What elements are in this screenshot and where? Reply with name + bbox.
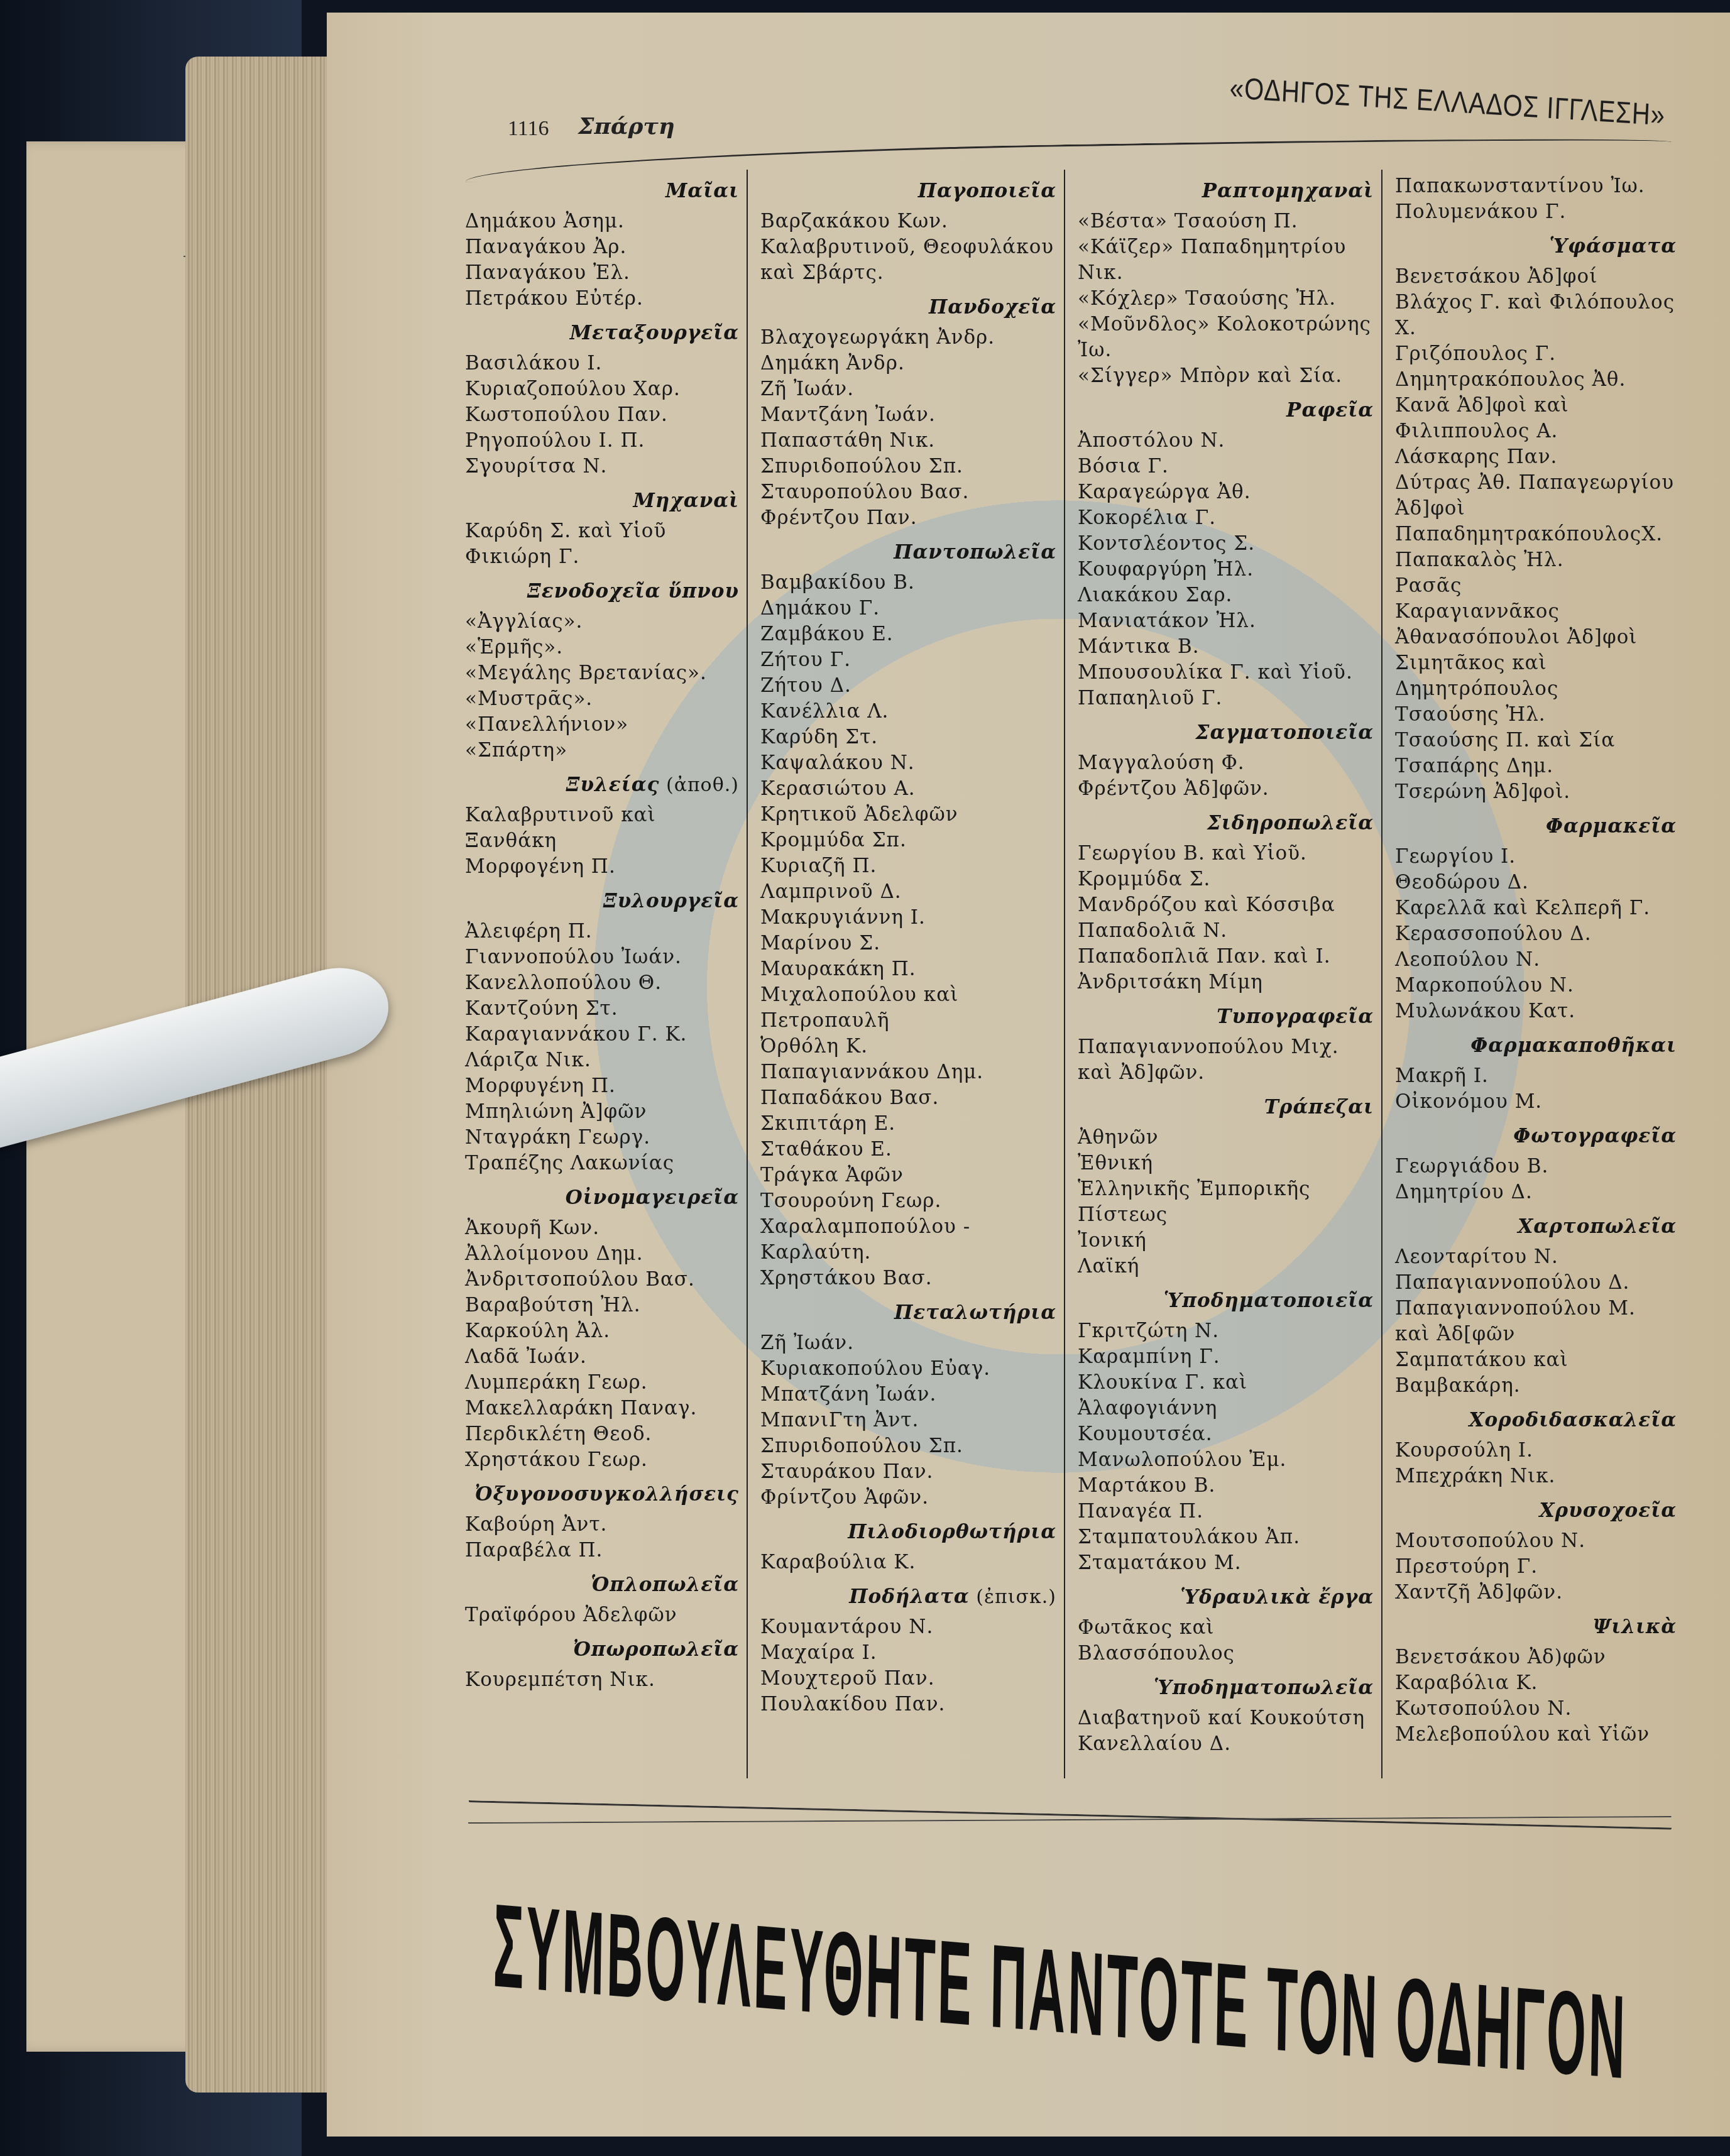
directory-entry: Φρέντζου Ἀδ]φῶν. bbox=[1078, 776, 1374, 802]
directory-entry: Κουρεμπέτση Νικ. bbox=[465, 1667, 739, 1693]
directory-entry: Κοντσλέοντος Σ. bbox=[1078, 531, 1374, 557]
section-heading-label: Ὑποδηματοποιεῖα bbox=[1164, 1289, 1374, 1312]
directory-entry: Φικιώρη Γ. bbox=[465, 544, 739, 570]
directory-entry: Καρύδη Στ. bbox=[760, 725, 1056, 750]
directory-entry: «Μυστρᾶς». bbox=[465, 686, 739, 712]
directory-entry: Δημάκου Ἀσημ. bbox=[465, 209, 739, 234]
section-heading: Παγοποιεῖα bbox=[760, 180, 1056, 202]
directory-entry: Κανελλοπούλου Θ. bbox=[465, 970, 739, 996]
directory-entry: Δημητρακόπουλος Ἀθ. bbox=[1395, 367, 1677, 393]
directory-entry: Μανιατάκον Ἠλ. bbox=[1078, 608, 1374, 634]
section-heading-label: Ὑδραυλικὰ ἔργα bbox=[1180, 1586, 1374, 1609]
directory-entry: Καραγιαννᾶκος bbox=[1395, 599, 1677, 625]
section-heading-label: Ὀξυγονοσυγκολλήσεις bbox=[475, 1483, 739, 1506]
directory-entry: Ρηγοπούλου Ι. Π. bbox=[465, 428, 739, 454]
section-heading: Ψιλικὰ bbox=[1395, 1616, 1677, 1638]
column-4: Παπακωνσταντίνου Ἰω.Πολυμενάκου Γ.Ὑφάσμα… bbox=[1382, 170, 1684, 1778]
directory-entry: Κουμουτσέα. bbox=[1078, 1421, 1374, 1447]
directory-entry: Παπαγιαννάκου Δημ. bbox=[760, 1059, 1056, 1085]
directory-entry: Μαγγαλούση Φ. bbox=[1078, 750, 1374, 776]
directory-entry: Κρομμύδα Σπ. bbox=[760, 828, 1056, 853]
directory-entry: Θεοδώρου Δ. bbox=[1395, 870, 1677, 895]
directory-entry: Ἀθηνῶν bbox=[1078, 1125, 1374, 1151]
section-heading: Σιδηροπωλεῖα bbox=[1078, 812, 1374, 834]
section-heading-label: Παγοποιεῖα bbox=[918, 180, 1056, 202]
directory-entry: Μανδρόζου καὶ Κόσσιβα bbox=[1078, 892, 1374, 918]
section-heading: Ποδήλατα (ἐπισκ.) bbox=[760, 1585, 1056, 1608]
directory-entry: Παπακαλὸς Ἠλ. bbox=[1395, 547, 1677, 573]
directory-entry: Ζαμβάκου Ε. bbox=[760, 621, 1056, 647]
section-heading-label: Πιλοδιορθωτήρια bbox=[848, 1521, 1056, 1543]
section-heading: Φαρμακεῖα bbox=[1395, 815, 1677, 838]
directory-entry: Σπυριδοπούλου Σπ. bbox=[760, 1433, 1056, 1459]
directory-entry: Βασιλάκου Ι. bbox=[465, 351, 739, 376]
directory-entry: Παπακωνσταντίνου Ἰω. bbox=[1395, 173, 1677, 199]
directory-entry: «Σπάρτη» bbox=[465, 738, 739, 763]
directory-entry: Μαρίνου Σ. bbox=[760, 931, 1056, 956]
directory-entry: Ἀνδριτσοπούλου Βασ. bbox=[465, 1267, 739, 1293]
section-heading-label: Χαρτοπωλεῖα bbox=[1518, 1215, 1677, 1238]
directory-entry: Κουρσούλη Ι. bbox=[1395, 1438, 1677, 1464]
directory-entry: Κυριαζῆ Π. bbox=[760, 853, 1056, 879]
section-heading: Ραπτομηχαναὶ bbox=[1078, 180, 1374, 202]
section-heading: Παντοπωλεῖα bbox=[760, 541, 1056, 564]
directory-entry: Σκιπιτάρη Ε. bbox=[760, 1111, 1056, 1137]
directory-entry: Κανᾶ Ἀδ]φοὶ καὶ Φιλιππουλος Α. bbox=[1395, 393, 1677, 444]
directory-entry: Δημητρίου Δ. bbox=[1395, 1179, 1677, 1205]
directory-entry: Μακελλαράκη Παναγ. bbox=[465, 1396, 739, 1421]
directory-entry: Κερασσοπούλου Δ. bbox=[1395, 921, 1677, 947]
page-number: 1116 bbox=[508, 117, 549, 141]
column-2: ΠαγοποιεῖαΒαρζακάκου Κων.Καλαβρυτινοῦ, Θ… bbox=[748, 170, 1065, 1778]
directory-entry: Χαντζῆ Ἀδ]φῶν. bbox=[1395, 1580, 1677, 1606]
directory-entry: Ἰονική bbox=[1078, 1228, 1374, 1254]
section-heading: Ξυλείας (ἀποθ.) bbox=[465, 774, 739, 796]
section-heading: Τυπογραφεῖα bbox=[1078, 1005, 1374, 1028]
directory-entry: Φρίντζου Ἀφῶν. bbox=[760, 1485, 1056, 1511]
section-heading: Πανδοχεῖα bbox=[760, 296, 1056, 319]
section-heading: Ὀξυγονοσυγκολλήσεις bbox=[465, 1483, 739, 1506]
section-heading-label: Ξυλείας bbox=[566, 774, 660, 796]
section-heading: Σαγματοποιεῖα bbox=[1078, 721, 1374, 744]
directory-entry: Ἀλειφέρη Π. bbox=[465, 919, 739, 944]
section-heading: Χαρτοπωλεῖα bbox=[1395, 1215, 1677, 1238]
section-heading-label: Ραπτομηχαναὶ bbox=[1202, 180, 1374, 202]
directory-entry: Γκριτζώτη Ν. bbox=[1078, 1318, 1374, 1344]
directory-entry: Χαραλαμποπούλου - Καρλαύτη. bbox=[760, 1214, 1056, 1266]
section-heading-label: Παντοπωλεῖα bbox=[894, 541, 1056, 564]
directory-entry: Παπαγιαννοπούλου Μ. καὶ Ἀδ[φῶν bbox=[1395, 1296, 1677, 1347]
directory-entry: Κουφαργύρη Ἠλ. bbox=[1078, 557, 1374, 583]
section-heading-label: Οἰνομαγειρεῖα bbox=[566, 1186, 739, 1209]
directory-entry: Μουχτεροῦ Παν. bbox=[760, 1666, 1056, 1692]
section-heading-label: Ποδήλατα bbox=[849, 1585, 970, 1608]
directory-entry: Σταυράκου Παν. bbox=[760, 1459, 1056, 1485]
directory-entry: Πολυμενάκου Γ. bbox=[1395, 199, 1677, 225]
section-heading-label: Φαρμακαποθῆκαι bbox=[1470, 1034, 1677, 1057]
directory-entry: Κοκορέλια Γ. bbox=[1078, 505, 1374, 531]
directory-entry: Σταθάκου Ε. bbox=[760, 1137, 1056, 1163]
directory-entry: Φωτᾶκος καὶ Βλασσόπουλος bbox=[1078, 1615, 1374, 1666]
section-heading: Ραφεῖα bbox=[1078, 399, 1374, 422]
directory-entry: Μπουσουλίκα Γ. καὶ Υἱοῦ. bbox=[1078, 660, 1374, 686]
section-heading: Μαῖαι bbox=[465, 180, 739, 202]
directory-entry: Μακρῆ Ι. bbox=[1395, 1063, 1677, 1089]
directory-entry: Γριζόπουλος Γ. bbox=[1395, 341, 1677, 367]
directory-entry: «Μεγάλης Βρετανίας». bbox=[465, 660, 739, 686]
directory-entry: ΜπανιΓτη Ἀντ. bbox=[760, 1408, 1056, 1433]
directory-entry: Παναγάκου Ἐλ. bbox=[465, 260, 739, 286]
directory-entry: Ζήτου Γ. bbox=[760, 647, 1056, 673]
directory-entry: Καρύδη Σ. καὶ Υἱοῦ bbox=[465, 518, 739, 544]
directory-entry: Παπαδολιᾶ Ν. bbox=[1078, 918, 1374, 944]
directory-entry: Καραγεώργα Ἀθ. bbox=[1078, 479, 1374, 505]
section-heading: Ξυλουργεῖα bbox=[465, 890, 739, 912]
directory-entry: Ὀρθόλη Κ. bbox=[760, 1034, 1056, 1059]
directory-entry: Ἀποστόλου Ν. bbox=[1078, 428, 1374, 454]
section-heading-label: Ὁπλοπωλεῖα bbox=[591, 1573, 739, 1596]
directory-entry: Καρελλᾶ καὶ Κελπερῆ Γ. bbox=[1395, 895, 1677, 921]
directory-entry: Ἀλλοίμονου Δημ. bbox=[465, 1241, 739, 1267]
directory-entry: Σταυροπούλου Βασ. bbox=[760, 479, 1056, 505]
section-heading: Μεταξουργεῖα bbox=[465, 322, 739, 344]
directory-entry: Τραϊφόρου Ἀδελφῶν bbox=[465, 1602, 739, 1628]
directory-entry: «Κάϊζερ» Παπαδημητρίου Νικ. bbox=[1078, 234, 1374, 286]
directory-entry: Ρασᾶς bbox=[1395, 573, 1677, 599]
directory-entry: Καραγιαννάκου Γ. Κ. bbox=[465, 1022, 739, 1048]
directory-entry: Κυριαζοπούλου Χαρ. bbox=[465, 376, 739, 402]
directory-entry: Γεωργίου Β. καὶ Υἱοῦ. bbox=[1078, 841, 1374, 867]
directory-entry: «Πανελλήνιον» bbox=[465, 712, 739, 738]
directory-entry: Βόσια Γ. bbox=[1078, 454, 1374, 479]
directory-entry: Κλουκίνα Γ. καὶ Ἀλαφογιάννη bbox=[1078, 1370, 1374, 1421]
directory-entry: Παραβέλα Π. bbox=[465, 1538, 739, 1563]
directory-entry: Μελεβοπούλου καὶ Υἱῶν bbox=[1395, 1722, 1677, 1748]
directory-entry: Καρκούλη Ἀλ. bbox=[465, 1318, 739, 1344]
directory-entry: Βαρζακάκου Κων. bbox=[760, 209, 1056, 234]
section-heading: Ὑποδηματοποιεῖα bbox=[1078, 1289, 1374, 1312]
directory-entry: Βαραβούτση Ἠλ. bbox=[465, 1293, 739, 1318]
section-heading-label: Μαῖαι bbox=[665, 180, 739, 202]
section-heading-label: Ὑποδηματοπωλεῖα bbox=[1154, 1677, 1374, 1699]
directory-entry: Τσαούσης Ἠλ. bbox=[1395, 702, 1677, 728]
directory-entry: Μαρκοπούλου Ν. bbox=[1395, 973, 1677, 999]
directory-entry: Τσερώνη Ἀδ]φοὶ. bbox=[1395, 779, 1677, 805]
directory-entry: Πουλακίδου Παν. bbox=[760, 1692, 1056, 1717]
directory-entry: «Μοῦνδλος» Κολοκοτρώνης Ἰω. bbox=[1078, 312, 1374, 363]
directory-entry: Ζῆ Ἰωάν. bbox=[760, 376, 1056, 402]
column-3: Ραπτομηχαναὶ«Βέστα» Τσαούση Π.«Κάϊζερ» Π… bbox=[1065, 170, 1382, 1778]
directory-entry: Φρέντζου Παν. bbox=[760, 505, 1056, 531]
directory-entry: Μαντζάνη Ἰωάν. bbox=[760, 402, 1056, 428]
directory-entry: Λαμπρινοῦ Δ. bbox=[760, 879, 1056, 905]
directory-entry: Βλαχογεωργάκη Ἀνδρ. bbox=[760, 325, 1056, 351]
directory-entry: Τσουρούνη Γεωρ. bbox=[760, 1188, 1056, 1214]
directory-entry: «Βέστα» Τσαούση Π. bbox=[1078, 209, 1374, 234]
directory-entry: Βενετσάκου Ἀδ]φοί bbox=[1395, 264, 1677, 290]
directory-entry: Μανωλοπούλου Ἐμ. bbox=[1078, 1447, 1374, 1473]
section-heading-label: Ραφεῖα bbox=[1286, 399, 1374, 422]
directory-entry: Οἰκονόμου Μ. bbox=[1395, 1089, 1677, 1115]
directory-entry: Πρεστούρη Γ. bbox=[1395, 1554, 1677, 1580]
directory-entry: Παναγέα Π. bbox=[1078, 1499, 1374, 1524]
section-heading: Ὑδραυλικὰ ἔργα bbox=[1078, 1586, 1374, 1609]
directory-entry: Τσαπάρης Δημ. bbox=[1395, 753, 1677, 779]
directory-entry: Βενετσάκου Ἀδ)φῶν bbox=[1395, 1644, 1677, 1670]
section-heading-label: Χρυσοχοεῖα bbox=[1540, 1499, 1677, 1522]
directory-entry: Τραπέζης Λακωνίας bbox=[465, 1151, 739, 1176]
directory-entry: Παναγάκου Ἀρ. bbox=[465, 234, 739, 260]
directory-entry: Γεωργιάδου Β. bbox=[1395, 1154, 1677, 1179]
directory-entry: Ζῆ Ἰωάν. bbox=[760, 1330, 1056, 1356]
directory-entry: Λαϊκή bbox=[1078, 1254, 1374, 1279]
directory-entry: Τράγκα Ἀφῶν bbox=[760, 1163, 1056, 1188]
section-heading: Ὑποδηματοπωλεῖα bbox=[1078, 1677, 1374, 1699]
directory-entry: Κανέλλια Λ. bbox=[760, 699, 1056, 725]
section-heading: Ὀπωροπωλεῖα bbox=[465, 1638, 739, 1661]
section-heading: Τράπεζαι bbox=[1078, 1096, 1374, 1119]
section-heading: Χοροδιδασκαλεῖα bbox=[1395, 1409, 1677, 1431]
directory-entry: Μακρυγιάννη Ι. bbox=[760, 905, 1056, 931]
directory-entry: Καβούρη Ἀντ. bbox=[465, 1512, 739, 1538]
section-heading: Φαρμακαποθῆκαι bbox=[1395, 1034, 1677, 1057]
directory-entry: Λαδᾶ Ἰωάν. bbox=[465, 1344, 739, 1370]
directory-entry: Κωτσοπούλου Ν. bbox=[1395, 1696, 1677, 1722]
directory-entry: Σιμητᾶκος καὶ Δημητρόπουλος bbox=[1395, 650, 1677, 702]
directory-entry: Δημάκου Γ. bbox=[760, 596, 1056, 621]
directory-entry: Σπυριδοπούλου Σπ. bbox=[760, 454, 1056, 479]
section-heading-label: Ὑφάσματα bbox=[1549, 235, 1677, 258]
directory-entry: Καραμπίνη Γ. bbox=[1078, 1344, 1374, 1370]
directory-entry: Μουτσοπούλου Ν. bbox=[1395, 1528, 1677, 1554]
directory-entry: Παπαδάκου Βασ. bbox=[760, 1085, 1056, 1111]
directory-entry: Λεοπούλου Ν. bbox=[1395, 947, 1677, 973]
directory-entry: Χρηστάκου Βασ. bbox=[760, 1266, 1056, 1291]
section-heading-note: (ἀποθ.) bbox=[659, 774, 739, 796]
section-heading: Ξενοδοχεῖα ὕπνου bbox=[465, 580, 739, 603]
town-name: Σπάρτη bbox=[578, 113, 675, 140]
directory-entry: Παπαγιαννοπούλου Δ. bbox=[1395, 1270, 1677, 1296]
section-heading-label: Πεταλωτήρια bbox=[894, 1301, 1056, 1324]
directory-entry: Περδικλέτη Θεοδ. bbox=[465, 1421, 739, 1447]
section-heading-label: Φωτογραφεῖα bbox=[1513, 1125, 1677, 1147]
section-heading: Φωτογραφεῖα bbox=[1395, 1125, 1677, 1147]
section-heading-label: Σαγματοποιεῖα bbox=[1196, 721, 1374, 744]
directory-entry: Γεωργίου Ι. bbox=[1395, 844, 1677, 870]
section-heading-label: Μηχαναὶ bbox=[633, 490, 739, 512]
section-heading-label: Φαρμακεῖα bbox=[1546, 815, 1677, 838]
directory-entry: Λάσκαρης Παν. bbox=[1395, 444, 1677, 470]
directory-entry: ΠαπαδημητρακόπουλοςΧ. bbox=[1395, 522, 1677, 547]
directory-entry: Ἀκουρῆ Κων. bbox=[465, 1215, 739, 1241]
directory-entry: Γιαννοπούλου Ἰωάν. bbox=[465, 944, 739, 970]
directory-entry: Μπηλιώνη Ἀ]φῶν bbox=[465, 1099, 739, 1125]
section-heading-label: Ξενοδοχεῖα ὕπνου bbox=[527, 580, 739, 603]
directory-entry: Λάριζα Νικ. bbox=[465, 1048, 739, 1073]
directory-entry: «Ἀγγλίας». bbox=[465, 609, 739, 635]
section-heading: Πεταλωτήρια bbox=[760, 1301, 1056, 1324]
directory-entry: Σγουρίτσα Ν. bbox=[465, 454, 739, 479]
section-heading: Ὁπλοπωλεῖα bbox=[465, 1573, 739, 1596]
section-heading-label: Μεταξουργεῖα bbox=[570, 322, 739, 344]
directory-entry: Κωστοπούλου Παν. bbox=[465, 402, 739, 428]
directory-entry: Πετράκου Εὐτέρ. bbox=[465, 286, 739, 312]
directory-entry: Ἀνδριτσάκη Μίμη bbox=[1078, 970, 1374, 995]
directory-entry: Μορφογένη Π. bbox=[465, 854, 739, 880]
directory-entry: Καλαβρυτινοῦ, Θεοφυλάκου καὶ Σβάρτς. bbox=[760, 234, 1056, 286]
section-heading-label: Πανδοχεῖα bbox=[929, 296, 1056, 319]
directory-entry: «Κόχλερ» Τσαούσης Ἠλ. bbox=[1078, 286, 1374, 312]
directory-entry: Βαμβακίδου Β. bbox=[760, 570, 1056, 596]
directory-entry: Δύτρας Ἀθ. Παπαγεωργίου Ἀδ]φοὶ bbox=[1395, 470, 1677, 522]
directory-entry: Ζήτου Δ. bbox=[760, 673, 1056, 699]
directory-entry: Καντζούνη Στ. bbox=[465, 996, 739, 1022]
directory-entry: Μορφυγένη Π. bbox=[465, 1073, 739, 1099]
section-heading-label: Τράπεζαι bbox=[1264, 1096, 1374, 1119]
directory-entry: Μάντικα Β. bbox=[1078, 634, 1374, 660]
directory-entry: Μπατζάνη Ἰωάν. bbox=[760, 1382, 1056, 1408]
directory-entry: «Ἑρμῆς». bbox=[465, 635, 739, 660]
directory-entry: Μαυρακάκη Π. bbox=[760, 956, 1056, 982]
section-heading-label: Ξυλουργεῖα bbox=[603, 890, 739, 912]
section-heading-label: Σιδηροπωλεῖα bbox=[1207, 812, 1374, 834]
directory-entry: Κρομμύδα Σ. bbox=[1078, 867, 1374, 892]
section-heading-label: Ψιλικὰ bbox=[1593, 1616, 1677, 1638]
directory-entry: Κυριακοπούλου Εὐαγ. bbox=[760, 1356, 1056, 1382]
directory-entry: Σταματάκου Μ. bbox=[1078, 1550, 1374, 1576]
directory-columns: ΜαῖαιΔημάκου Ἀσημ.Παναγάκου Ἀρ.Παναγάκου… bbox=[452, 170, 1684, 1778]
directory-entry: Μυλωνάκου Κατ. bbox=[1395, 999, 1677, 1024]
section-heading-label: Τυπογραφεῖα bbox=[1217, 1005, 1374, 1028]
directory-entry: Δημάκη Ἀνδρ. bbox=[760, 351, 1056, 376]
directory-entry: Νταγράκη Γεωργ. bbox=[465, 1125, 739, 1151]
directory-entry: Παπαστάθη Νικ. bbox=[760, 428, 1056, 454]
directory-entry: «Σίγγερ» Μπὸρν καὶ Σία. bbox=[1078, 363, 1374, 389]
directory-entry: Χρηστάκου Γεωρ. bbox=[465, 1447, 739, 1473]
directory-entry: Λεονταρίτου Ν. bbox=[1395, 1244, 1677, 1270]
directory-entry: Λιακάκου Σαρ. bbox=[1078, 583, 1374, 608]
directory-entry: Παπαηλιοῦ Γ. bbox=[1078, 686, 1374, 711]
directory-entry: Βλάχος Γ. καὶ Φιλόπουλος Χ. bbox=[1395, 290, 1677, 341]
directory-entry: Διαβατηνοῦ καί Κουκούτση Κανελλαίου Δ. bbox=[1078, 1705, 1374, 1757]
directory-entry: Κουμαντάρου Ν. bbox=[760, 1614, 1056, 1640]
section-heading: Χρυσοχοεῖα bbox=[1395, 1499, 1677, 1522]
directory-entry: Κερασιώτου Α. bbox=[760, 776, 1056, 802]
directory-entry: Μιχαλοπούλου καὶ Πετροπαυλῆ bbox=[760, 982, 1056, 1034]
directory-entry: Παπαγιαννοπούλου Μιχ. καὶ Ἀδ]φῶν. bbox=[1078, 1034, 1374, 1086]
directory-entry: Ἀθανασόπουλοι Ἀδ]φοὶ bbox=[1395, 625, 1677, 650]
directory-entry: Σταμπατουλάκου Ἀπ. bbox=[1078, 1524, 1374, 1550]
directory-entry: Καραβόλια Κ. bbox=[1395, 1670, 1677, 1696]
directory-entry: Καραβούλια Κ. bbox=[760, 1550, 1056, 1575]
directory-entry: Μαχαίρα Ι. bbox=[760, 1640, 1056, 1666]
directory-entry: Ἑλληνικῆς Ἐμπορικῆς Πίστεως bbox=[1078, 1176, 1374, 1228]
directory-entry: Τσαούσης Π. καὶ Σία bbox=[1395, 728, 1677, 753]
directory-entry: Ἐθνική bbox=[1078, 1151, 1374, 1176]
section-heading-label: Χοροδιδασκαλεῖα bbox=[1469, 1409, 1677, 1431]
section-heading: Πιλοδιορθωτήρια bbox=[760, 1521, 1056, 1543]
section-heading-label: Ὀπωροπωλεῖα bbox=[573, 1638, 739, 1661]
directory-entry: Παπαδοπλιᾶ Παν. καὶ Ι. bbox=[1078, 944, 1374, 970]
directory-entry: Μπεχράκη Νικ. bbox=[1395, 1464, 1677, 1489]
section-heading: Οἰνομαγειρεῖα bbox=[465, 1186, 739, 1209]
section-heading: Ὑφάσματα bbox=[1395, 235, 1677, 258]
directory-entry: Κρητικοῦ Ἀδελφῶν bbox=[760, 802, 1056, 828]
column-1: ΜαῖαιΔημάκου Ἀσημ.Παναγάκου Ἀρ.Παναγάκου… bbox=[452, 170, 748, 1778]
directory-entry: Καψαλάκου Ν. bbox=[760, 750, 1056, 776]
section-heading-note: (ἐπισκ.) bbox=[970, 1586, 1056, 1608]
directory-entry: Μαρτάκου Β. bbox=[1078, 1473, 1374, 1499]
directory-entry: Σαμπατάκου καὶ Βαμβακάρη. bbox=[1395, 1347, 1677, 1399]
directory-entry: Λυμπεράκη Γεωρ. bbox=[465, 1370, 739, 1396]
directory-entry: Καλαβρυτινοῦ καὶ Ξανθάκη bbox=[465, 802, 739, 854]
section-heading: Μηχαναὶ bbox=[465, 490, 739, 512]
